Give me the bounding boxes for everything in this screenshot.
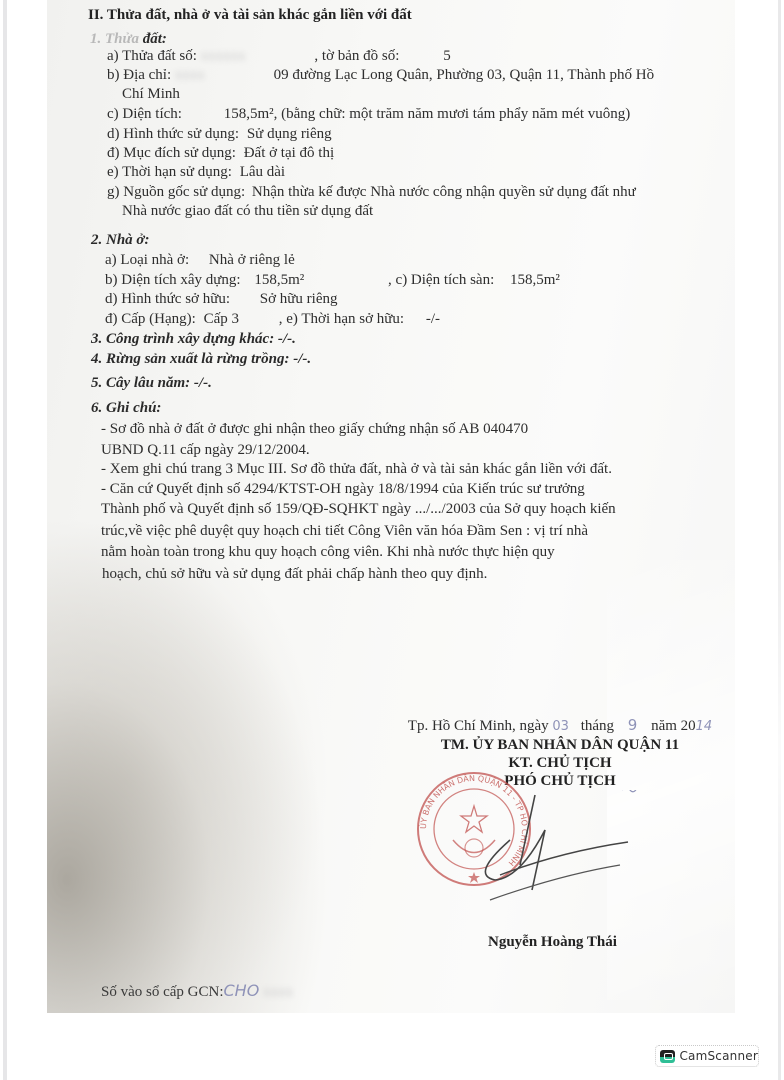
notes-heading: 6. Ghi chú: — [91, 399, 161, 417]
redacted-house-number: xxxx — [175, 66, 270, 84]
note-line-4: - Căn cứ Quyết định số 4294/KTST-OH ngày… — [101, 480, 585, 498]
signer-name: Nguyễn Hoàng Thái — [488, 933, 617, 951]
section-title: II. Thửa đất, nhà ở và tài sản khác gắn … — [88, 6, 412, 24]
note-line-5: Thành phố và Quyết định số 159/QĐ-SQHKT … — [101, 500, 616, 518]
handwritten-signature-icon — [450, 790, 640, 910]
land-area: c) Diện tích: 158,5m², (bằng chữ: một tr… — [107, 105, 630, 123]
note-line-1: - Sơ đồ nhà ở đất ở được ghi nhận theo g… — [101, 420, 528, 438]
land-parcel-number: a) Thửa đất số: xxxxxx , tờ bản đồ số: 5 — [107, 47, 451, 65]
issuing-organization: TM. ỦY BAN NHÂN DÂN QUẬN 11 — [380, 736, 740, 754]
note-line-6: trúc,về việc phê duyệt quy hoạch chi tiế… — [101, 522, 588, 540]
perennial-trees: 5. Cây lâu năm: -/-. — [91, 374, 212, 392]
house-grade: đ) Cấp (Hạng): Cấp 3 , e) Thời hạn sở hữ… — [105, 310, 440, 328]
note-line-3: - Xem ghi chú trang 3 Mục III. Sơ đồ thử… — [101, 460, 612, 478]
land-origin: g) Nguồn gốc sử dụng: Nhận thừa kế được … — [107, 183, 636, 201]
note-line-7: nằm hoàn toàn trong khu quy hoạch công v… — [101, 543, 555, 561]
issue-date: Tp. Hồ Chí Minh, ngày 03 tháng 9 năm 201… — [380, 716, 740, 736]
redacted-parcel-number: xxxxxx — [201, 47, 311, 65]
house-type: a) Loại nhà ở: Nhà ở riêng lẻ — [105, 251, 295, 269]
production-forest: 4. Rừng sản xuất là rừng trồng: -/-. — [91, 350, 311, 368]
left-scroll-rail — [3, 0, 7, 1080]
house-ownership: d) Hình thức sở hữu: Sở hữu riêng — [105, 290, 338, 308]
redacted-registry-number: xxxx — [263, 983, 323, 1001]
note-line-2: UBND Q.11 cấp ngày 29/12/2004. — [101, 441, 310, 459]
house-heading: 2. Nhà ở: — [91, 231, 149, 249]
land-use-form: d) Hình thức sử dụng: Sử dụng riêng — [107, 125, 332, 143]
land-use-term: e) Thời hạn sử dụng: Lâu dài — [107, 163, 285, 181]
camscanner-watermark: CamScanner — [655, 1045, 759, 1067]
land-use-purpose: đ) Mục đích sử dụng: Đất ở tại đô thị — [107, 144, 334, 162]
land-address: b) Địa chỉ: xxxx 09 đường Lạc Long Quân,… — [107, 66, 654, 84]
registry-number: Số vào sổ cấp GCN:CHO xxxx — [101, 982, 323, 1001]
other-works: 3. Công trình xây dựng khác: -/-. — [91, 330, 296, 348]
land-address-cont: Chí Minh — [122, 85, 180, 103]
note-line-8: hoạch, chủ sở hữu và sử dụng đất phải ch… — [102, 565, 487, 583]
house-build-area: b) Diện tích xây dựng: 158,5m² , c) Diện… — [105, 271, 560, 289]
camscanner-logo-icon — [660, 1050, 675, 1063]
land-origin-cont: Nhà nước giao đất có thu tiền sử dụng đấ… — [122, 202, 373, 220]
land-heading: 1. Thửa đất: — [90, 30, 167, 48]
